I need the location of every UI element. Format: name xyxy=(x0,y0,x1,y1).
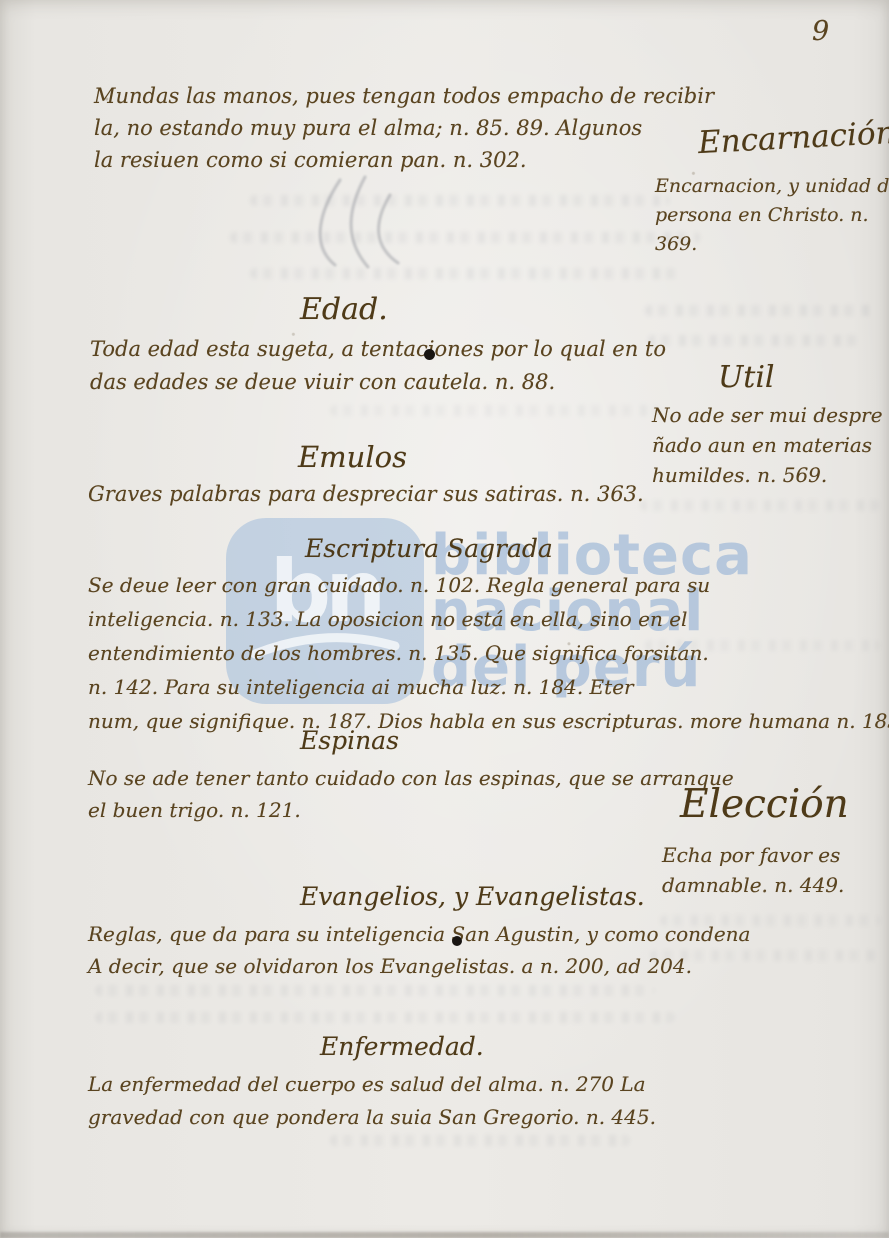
manuscript-line: Graves palabras para despreciar sus sati… xyxy=(88,482,644,506)
section-escriptura-sagrada: Se deue leer con gran cuidado. n. 102. R… xyxy=(88,568,889,738)
paragraph-manos: Mundas las manos, pues tengan todos empa… xyxy=(94,80,714,176)
margin-heading-util: Util xyxy=(718,360,775,395)
manuscript-line: No se ade tener tanto cuidado con las es… xyxy=(88,762,734,794)
section-heading-enfermedad: Enfermedad. xyxy=(320,1032,484,1061)
section-emulos: Graves palabras para despreciar sus sati… xyxy=(88,482,644,506)
bleed-through xyxy=(648,335,858,346)
bleed-through xyxy=(250,195,670,206)
scan-edge-smudge xyxy=(0,1232,889,1238)
margin-heading-eleccion: Elección xyxy=(680,782,849,827)
section-heading-emulos: Emulos xyxy=(298,440,407,474)
manuscript-line: la resiuen como si comieran pan. n. 302. xyxy=(94,144,714,176)
manuscript-line: Toda edad esta sugeta, a tentaciones por… xyxy=(90,333,666,366)
section-heading-escriptura-sagrada: Escriptura Sagrada xyxy=(305,534,553,563)
section-heading-espinas: Espinas xyxy=(300,726,399,755)
manuscript-line: ñado aun en materias xyxy=(652,430,883,460)
ink-blot xyxy=(424,349,435,360)
manuscript-line: Echa por favor es xyxy=(662,840,844,870)
manuscript-line: el buen trigo. n. 121. xyxy=(88,794,734,826)
ink-blot xyxy=(452,936,462,946)
manuscript-line: humildes. n. 569. xyxy=(652,460,883,490)
manuscript-line: Reglas, que da para su inteligencia San … xyxy=(88,918,750,950)
manuscript-line: das edades se deue viuir con cautela. n.… xyxy=(90,366,666,399)
bleed-through xyxy=(330,405,660,416)
manuscript-line: Se deue leer con gran cuidado. n. 102. R… xyxy=(88,568,889,602)
bleed-through xyxy=(250,268,680,279)
margin-note-util: No ade ser mui despre ñado aun en materi… xyxy=(652,400,883,490)
manuscript-line: Mundas las manos, pues tengan todos empa… xyxy=(94,80,714,112)
manuscript-line: la, no estando muy pura el alma; n. 85. … xyxy=(94,112,714,144)
bleed-through xyxy=(230,232,700,243)
bleed-through xyxy=(330,1135,630,1146)
margin-heading-encarnacion: Encarnación xyxy=(697,115,889,161)
manuscript-line: La enfermedad del cuerpo es salud del al… xyxy=(88,1068,656,1101)
section-edad: Toda edad esta sugeta, a tentaciones por… xyxy=(90,333,666,399)
manuscript-page: bn biblioteca nacional del perú 9 Mundas… xyxy=(0,0,889,1238)
manuscript-line: inteligencia. n. 133. La oposicion no es… xyxy=(88,602,889,636)
manuscript-line: Encarnacion, y unidad de xyxy=(655,172,889,201)
page-number: 9 xyxy=(812,16,830,47)
manuscript-line: persona en Christo. n. xyxy=(655,201,889,230)
section-espinas: No se ade tener tanto cuidado con las es… xyxy=(88,762,734,826)
bleed-through xyxy=(95,1012,675,1023)
manuscript-line: 369. xyxy=(655,230,889,259)
manuscript-line: gravedad con que pondera la suia San Gre… xyxy=(88,1101,656,1134)
bleed-through xyxy=(640,500,880,511)
manuscript-line: n. 142. Para su inteligencia ai mucha lu… xyxy=(88,670,889,704)
manuscript-line: No ade ser mui despre xyxy=(652,400,883,430)
manuscript-line: entendimiento de los hombres. n. 135. Qu… xyxy=(88,636,889,670)
manuscript-line: damnable. n. 449. xyxy=(662,870,844,900)
section-enfermedad: La enfermedad del cuerpo es salud del al… xyxy=(88,1068,656,1134)
section-heading-edad: Edad. xyxy=(300,292,388,327)
bleed-through xyxy=(95,985,655,996)
section-heading-evangelios: Evangelios, y Evangelistas. xyxy=(300,882,645,911)
margin-note-eleccion: Echa por favor es damnable. n. 449. xyxy=(662,840,844,900)
manuscript-line: A decir, que se olvidaron los Evangelist… xyxy=(88,950,750,982)
manuscript-line: num, que signifique. n. 187. Dios habla … xyxy=(88,704,889,738)
bleed-through xyxy=(645,305,875,316)
section-evangelios: Reglas, que da para su inteligencia San … xyxy=(88,918,750,982)
margin-note-encarnacion: Encarnacion, y unidad de persona en Chri… xyxy=(655,172,889,259)
pencil-squiggle xyxy=(280,175,450,275)
